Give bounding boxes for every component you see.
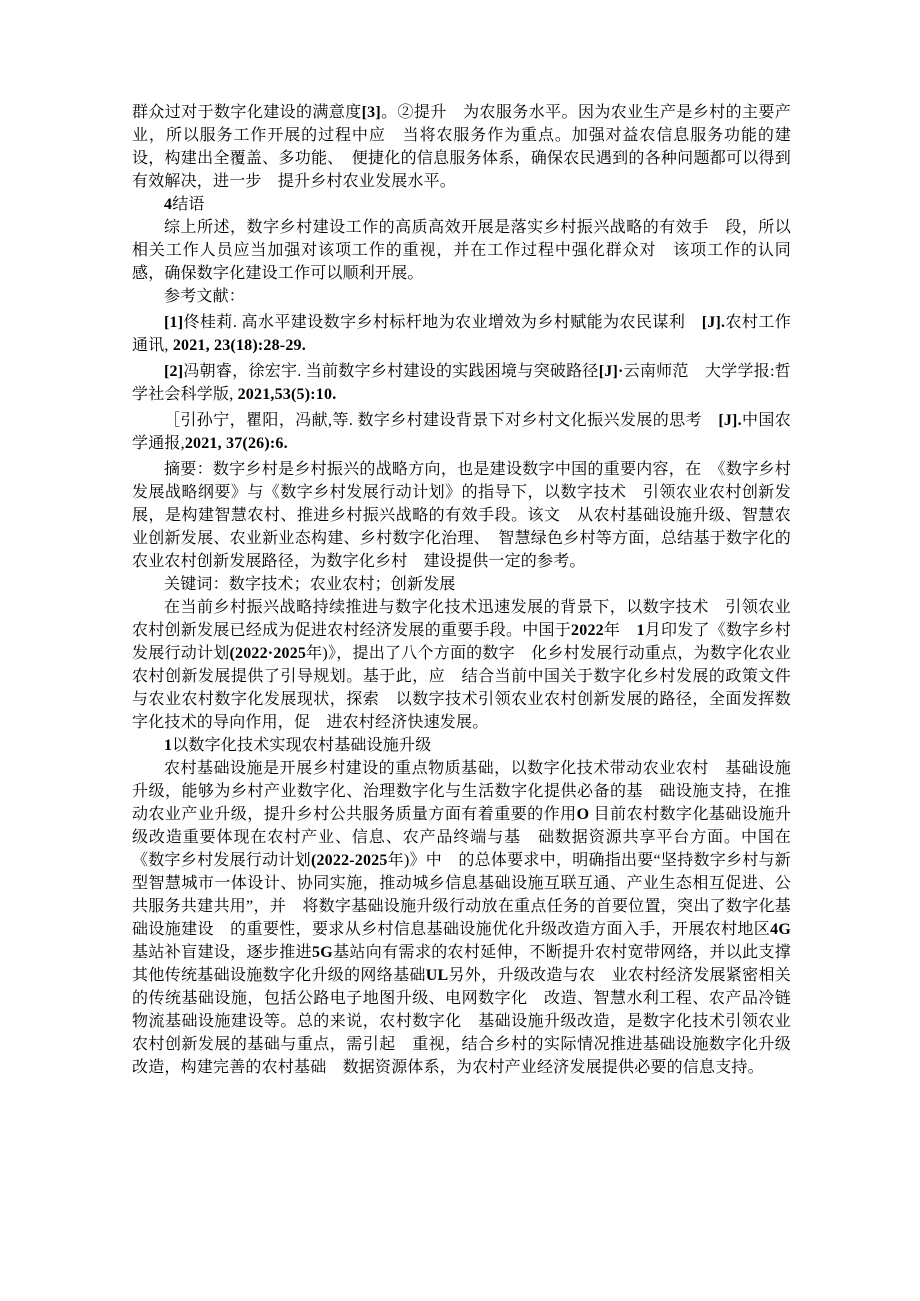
text-run: 年 <box>604 622 637 639</box>
text-run: ［引孙宁，瞿阳，冯献,等. 数字乡村建设背景下对乡村文化振兴发展的思考 <box>164 412 718 429</box>
text-run: 基站补盲建设，逐步推进 <box>132 944 312 961</box>
bold-text-run: 2021, 37(26):6. <box>185 435 288 452</box>
text-run: 关键词：数字技术；农业农村；创新发展 <box>164 576 456 593</box>
paragraph-keywords: 关键词：数字技术；农业农村；创新发展 <box>132 573 791 596</box>
text-run: 冯朝睿，徐宏宇. 当前数字乡村建设的实践困境与突破路径 <box>183 363 598 380</box>
heading-conclusion: 4结语 <box>132 193 791 216</box>
bold-text-run: (2022·2025 <box>229 645 306 662</box>
bold-text-run: 2022 <box>571 622 604 639</box>
text-run: 摘要：数字乡村是乡村振兴的战略方向，也是建设数字中国的重要内容，在 《数字乡村发… <box>132 461 791 570</box>
text-run: 群众过对于数字化建设的满意度 <box>132 104 362 121</box>
bold-text-run: [J]. <box>702 314 725 331</box>
text-run: 参考文献： <box>164 288 245 305</box>
text-run: 佟桂莉. 高水平建设数字乡村标杆地为农业增效为乡村赋能为农民谋利 <box>183 314 702 331</box>
text-block: 群众过对于数字化建设的满意度[3]。②提升 为农服务水平。因为农业生产是乡村的主… <box>132 101 791 1079</box>
bold-text-run: 1 <box>164 737 172 754</box>
bold-text-run: 2021, 23(18):28-29. <box>173 337 306 354</box>
paragraph-abstract: 摘要：数字乡村是乡村振兴的战略方向，也是建设数字中国的重要内容，在 《数字乡村发… <box>132 458 791 573</box>
bold-text-run: [3] <box>362 104 381 121</box>
bold-text-run: [J]. <box>718 412 741 429</box>
bold-text-run: 4G <box>770 921 791 938</box>
text-run: 综上所述，数字乡村建设工作的高质高效开展是落实乡村振兴战略的有效手 段，所以相关… <box>132 219 791 282</box>
bold-text-run: 5G <box>312 944 333 961</box>
bold-text-run: 1 <box>636 622 644 639</box>
bold-text-run: [J]· <box>599 363 624 380</box>
reference-item-2: [2]冯朝睿，徐宏宇. 当前数字乡村建设的实践困境与突破路径[J]·云南师范 大… <box>132 360 791 406</box>
text-run: 结语 <box>172 196 204 213</box>
paragraph-section-1: 农村基础设施是开展乡村建设的重点物质基础，以数字化技术带动农业农村 基础设施升级… <box>132 757 791 1079</box>
paragraph-conclusion: 综上所述，数字乡村建设工作的高质高效开展是落实乡村振兴战略的有效手 段，所以相关… <box>132 216 791 285</box>
paragraph-introduction: 在当前乡村振兴战略持续推进与数字化技术迅速发展的背景下，以数字技术 引领农业农村… <box>132 596 791 734</box>
bold-text-run: (2022-2025 <box>311 852 388 869</box>
references-label: 参考文献： <box>132 285 791 308</box>
reference-item-3: ［引孙宁，瞿阳，冯献,等. 数字乡村建设背景下对乡村文化振兴发展的思考 [J].… <box>132 409 791 455</box>
heading-section-1: 1以数字化技术实现农村基础设施升级 <box>132 734 791 757</box>
bold-text-run: UL <box>426 967 449 984</box>
reference-item-1: [1]佟桂莉. 高水平建设数字乡村标杆地为农业增效为乡村赋能为农民谋利 [J].… <box>132 311 791 357</box>
document-page: 群众过对于数字化建设的满意度[3]。②提升 为农服务水平。因为农业生产是乡村的主… <box>0 0 920 1301</box>
bold-text-run: O <box>577 806 590 823</box>
paragraph-continuation: 群众过对于数字化建设的满意度[3]。②提升 为农服务水平。因为农业生产是乡村的主… <box>132 101 791 193</box>
bold-text-run: [1] <box>164 314 183 331</box>
bold-text-run: [2] <box>164 363 183 380</box>
text-run: 以数字化技术实现农村基础设施升级 <box>172 737 431 754</box>
bold-text-run: 4 <box>164 196 172 213</box>
bold-text-run: 2021,53(5):10. <box>238 386 337 403</box>
